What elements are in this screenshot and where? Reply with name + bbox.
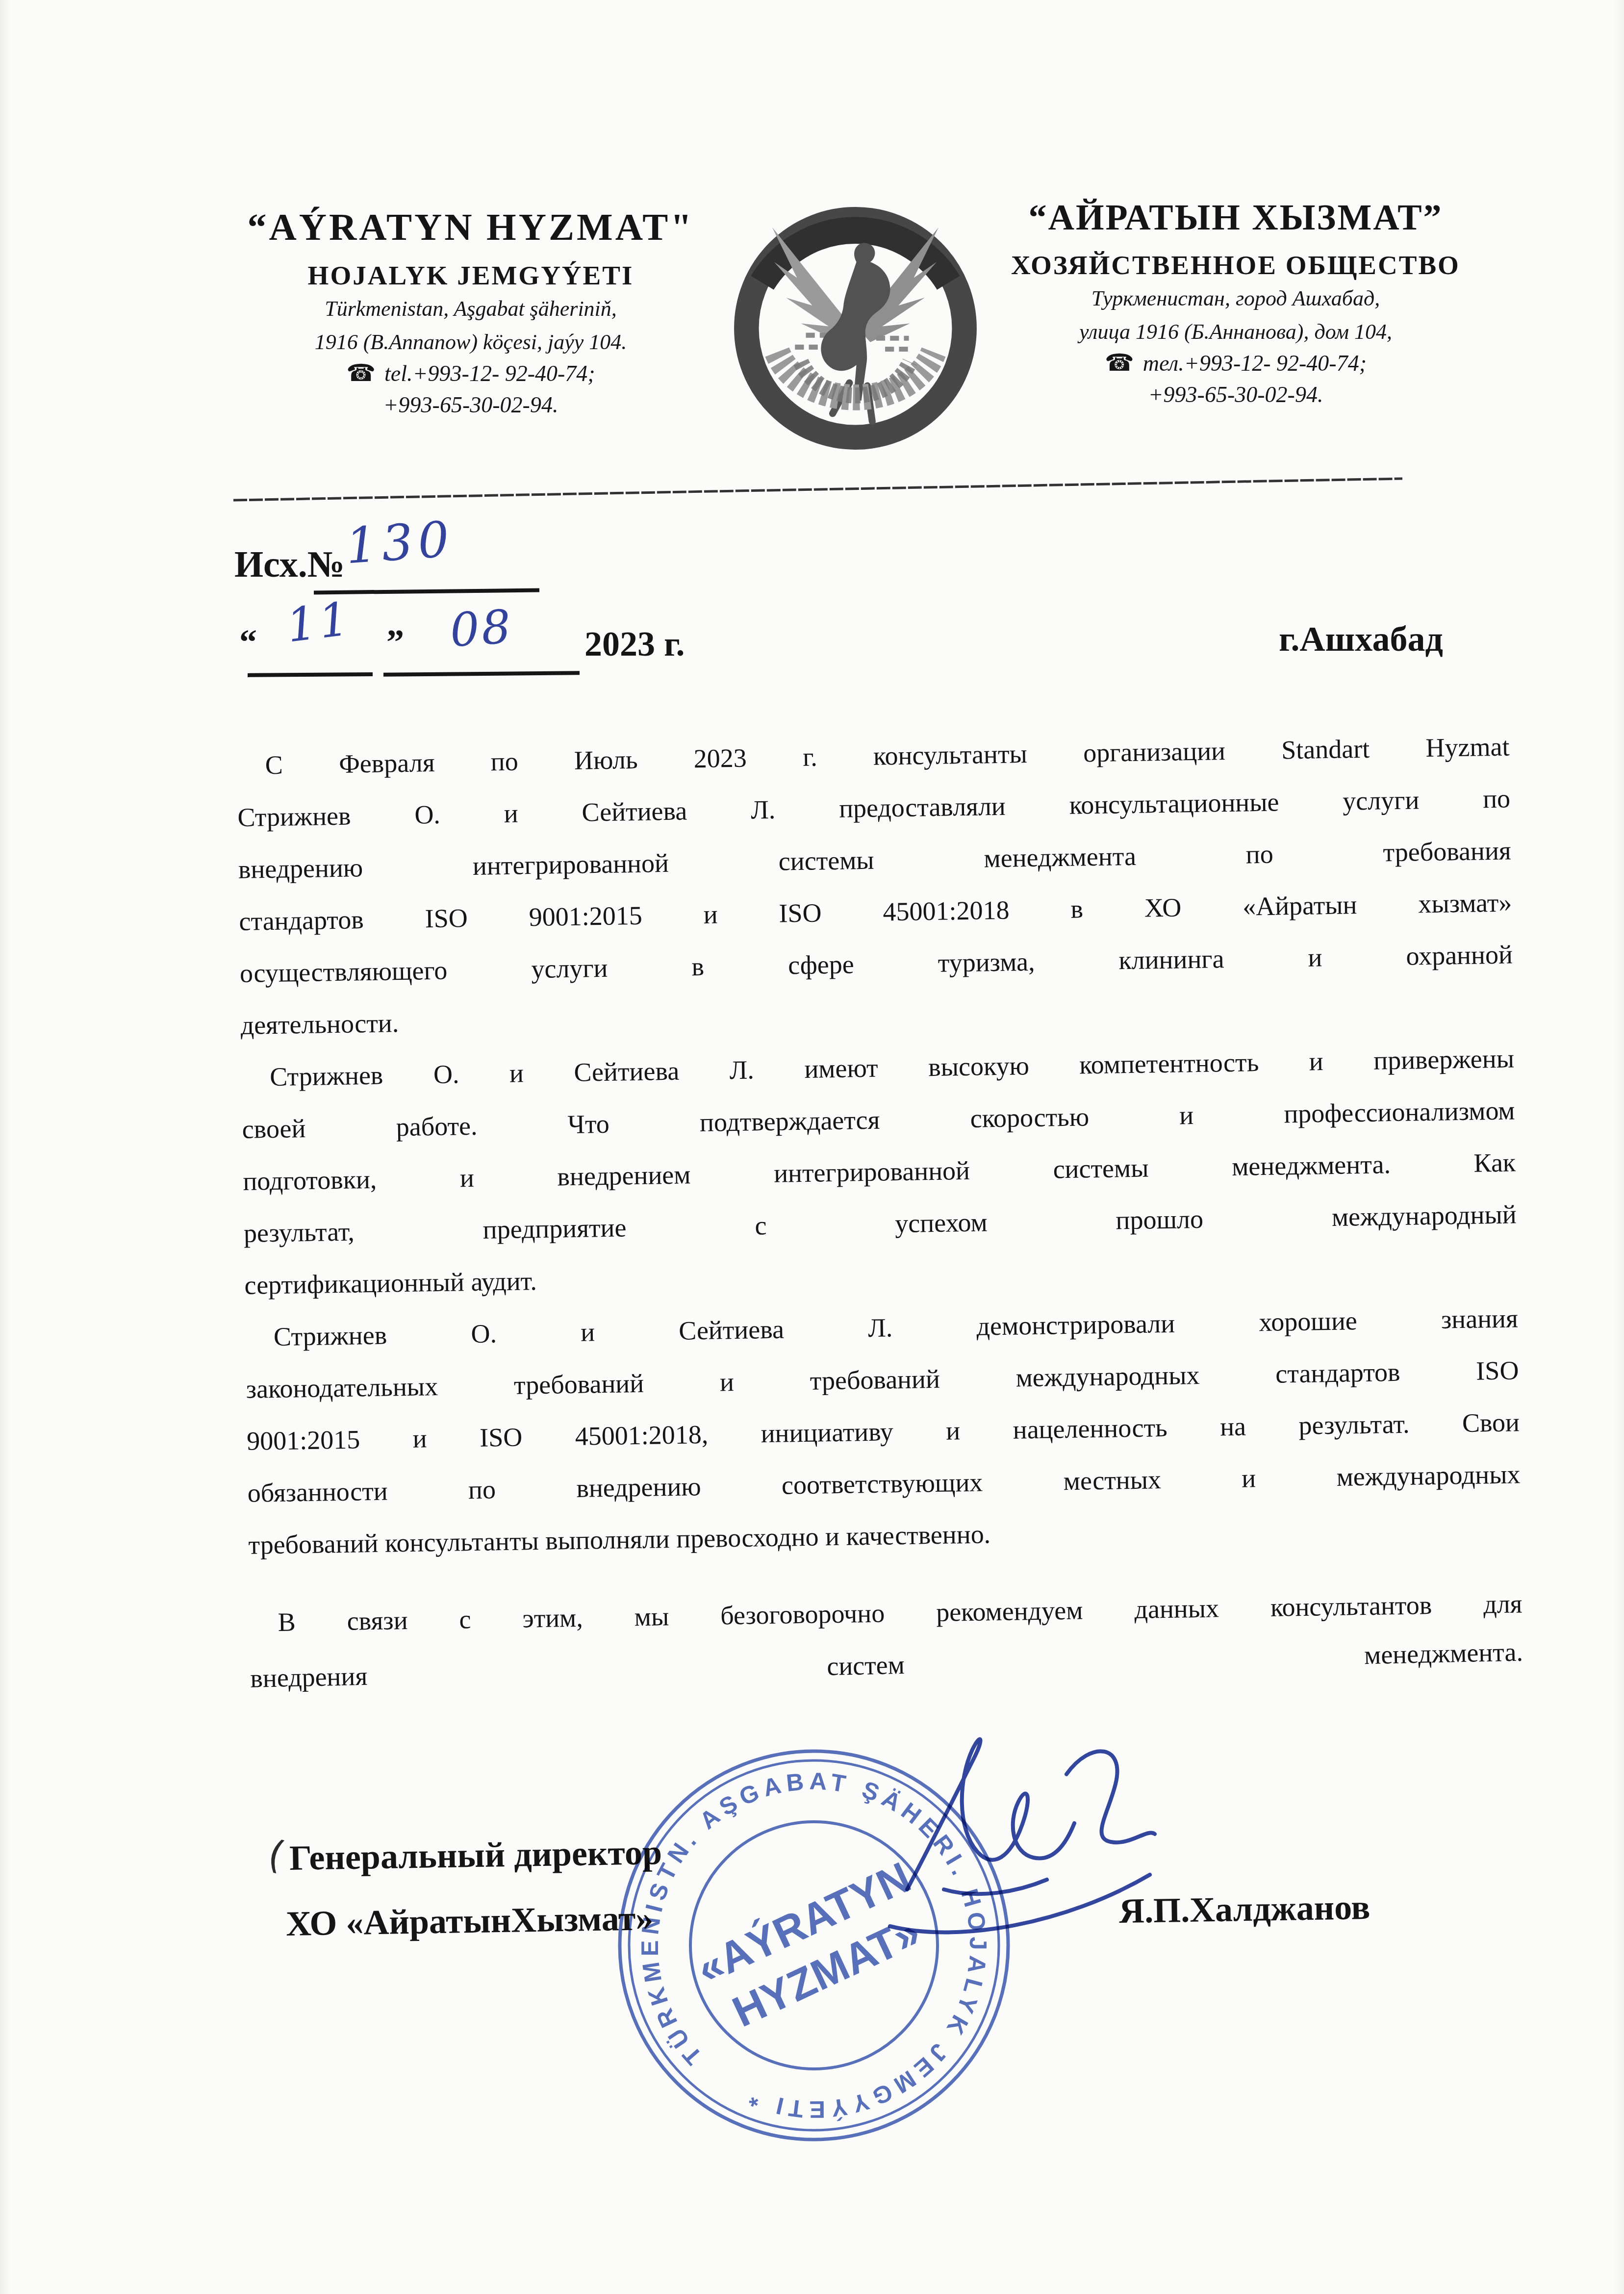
company-name-latin: “AÝRATYN HYZMAT" <box>245 205 696 249</box>
signer-title-line2: ХО «АйратынХызмат» <box>285 1898 653 1944</box>
date-close-quote: ” <box>386 622 404 663</box>
phone-icon: ☎ <box>1105 349 1134 377</box>
date-open-quote: “ <box>239 622 257 663</box>
header-separator-rule <box>229 472 1406 506</box>
address-line: Türkmenistan, Aşgabat şäheriniň, <box>245 294 696 324</box>
city-label: г.Ашхабад <box>1279 619 1443 660</box>
outgoing-ref-number-handwritten: 130 <box>344 510 456 575</box>
phone-line: +993-65-30-02-94. <box>1003 379 1469 410</box>
body-text: С Февраля по Июль 2023 г. консультанты о… <box>236 720 1523 1700</box>
date-month-handwritten: 08 <box>448 600 514 658</box>
letter-page: “AÝRATYN HYZMAT" HOJALYK JEMGYÝETI Türkm… <box>0 0 1624 2294</box>
pegasus-emblem-icon <box>732 196 979 459</box>
signer-title-line1: Генеральный директор <box>289 1832 662 1879</box>
spread-word: менеджмента. <box>1364 1626 1523 1681</box>
address-line: 1916 (B.Annanow) köçesi, jaýy 104. <box>245 327 696 357</box>
phone-number: тел.+993-12- 92-40-74; <box>1143 351 1367 376</box>
outgoing-ref-label: Исх.№ <box>234 543 345 586</box>
org-form-latin: HOJALYK JEMGYÝETI <box>245 260 696 291</box>
phone-line: +993-65-30-02-94. <box>245 389 696 421</box>
phone-number: tel.+993-12- 92-40-74; <box>384 361 595 386</box>
stray-pen-mark: ( <box>264 1832 289 1879</box>
letterhead-right: “АЙРАТЫН ХЫЗМАТ” ХОЗЯЙСТВЕННОЕ ОБЩЕСТВО … <box>1003 197 1469 410</box>
letterhead-left: “AÝRATYN HYZMAT" HOJALYK JEMGYÝETI Türkm… <box>245 205 696 421</box>
address-line: улица 1916 (Б.Аннанова), дом 104, <box>1003 317 1469 347</box>
spread-word: систем <box>826 1639 905 1692</box>
date-year: 2023 г. <box>584 624 685 664</box>
date-day-handwritten: 11 <box>284 592 355 653</box>
day-underline <box>248 672 373 677</box>
phone-line: ☎тел.+993-12- 92-40-74; <box>1003 347 1469 379</box>
phone-icon: ☎ <box>346 359 376 387</box>
company-name-cyrillic: “АЙРАТЫН ХЫЗМАТ” <box>1003 197 1469 239</box>
org-form-cyrillic: ХОЗЯЙСТВЕННОЕ ОБЩЕСТВО <box>1003 250 1469 280</box>
month-underline <box>383 671 580 676</box>
handwritten-signature <box>861 1710 1169 1956</box>
address-line: Туркменистан, город Ашхабад, <box>1003 283 1469 314</box>
phone-line: ☎tel.+993-12- 92-40-74; <box>245 357 696 389</box>
spread-word: внедрения <box>250 1650 368 1705</box>
